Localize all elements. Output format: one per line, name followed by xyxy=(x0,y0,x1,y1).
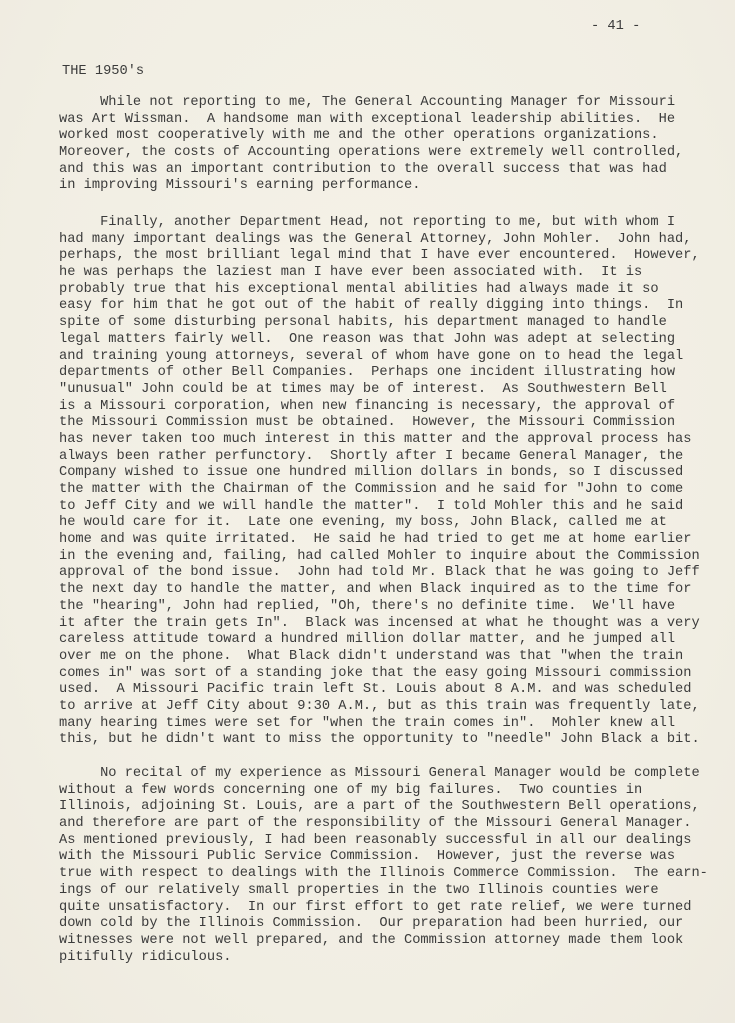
section-title: THE 1950's xyxy=(62,64,144,81)
text-line: in the evening and, failing, had called … xyxy=(59,549,700,566)
text-line: true with respect to dealings with the I… xyxy=(59,866,708,883)
paragraph-general-attorney: Finally, another Department Head, not re… xyxy=(59,215,700,749)
text-line: "unusual" John could be at times may be … xyxy=(59,382,700,399)
page-number: - 41 - xyxy=(591,19,640,36)
text-line: the "hearing", John had replied, "Oh, th… xyxy=(59,599,700,616)
text-line: perhaps, the most brilliant legal mind t… xyxy=(59,248,700,265)
text-line: Company wished to issue one hundred mill… xyxy=(59,465,700,482)
text-line: Moreover, the costs of Accounting operat… xyxy=(59,145,683,162)
text-line: and this was an important contribution t… xyxy=(59,162,683,179)
text-line: As mentioned previously, I had been reas… xyxy=(59,833,708,850)
text-line: home and was quite irritated. He said he… xyxy=(59,532,700,549)
text-line: Finally, another Department Head, not re… xyxy=(59,215,700,232)
text-line: to Jeff City and we will handle the matt… xyxy=(59,499,700,516)
text-line: the matter with the Chairman of the Comm… xyxy=(59,482,700,499)
text-line: probably true that his exceptional menta… xyxy=(59,282,700,299)
text-line: No recital of my experience as Missouri … xyxy=(59,766,708,783)
text-line: always been rather perfunctory. Shortly … xyxy=(59,449,700,466)
document-page: - 41 - THE 1950's While not reporting to… xyxy=(0,0,735,1023)
text-line: Illinois, adjoining St. Louis, are a par… xyxy=(59,799,708,816)
text-line: many hearing times were set for "when th… xyxy=(59,716,700,733)
text-line: and therefore are part of the responsibi… xyxy=(59,816,708,833)
text-line: departments of other Bell Companies. Per… xyxy=(59,365,700,382)
text-line: easy for him that he got out of the habi… xyxy=(59,298,700,315)
text-line: has never taken too much interest in thi… xyxy=(59,432,700,449)
text-line: witnesses were not well prepared, and th… xyxy=(59,933,708,950)
text-line: worked most cooperatively with me and th… xyxy=(59,128,683,145)
text-line: down cold by the Illinois Commission. Ou… xyxy=(59,916,708,933)
text-line: pitifully ridiculous. xyxy=(59,950,708,967)
text-line: legal matters fairly well. One reason wa… xyxy=(59,332,700,349)
text-line: to arrive at Jeff City about 9:30 A.M., … xyxy=(59,699,700,716)
text-line: comes in" was sort of a standing joke th… xyxy=(59,666,700,683)
text-line: he was perhaps the laziest man I have ev… xyxy=(59,265,700,282)
paragraph-illinois-failure: No recital of my experience as Missouri … xyxy=(59,766,708,966)
text-line: quite unsatisfactory. In our first effor… xyxy=(59,900,708,917)
text-line: over me on the phone. What Black didn't … xyxy=(59,649,700,666)
text-line: was Art Wissman. A handsome man with exc… xyxy=(59,112,683,129)
text-line: While not reporting to me, The General A… xyxy=(59,95,683,112)
text-line: used. A Missouri Pacific train left St. … xyxy=(59,682,700,699)
text-line: in improving Missouri's earning performa… xyxy=(59,178,683,195)
text-line: he would care for it. Late one evening, … xyxy=(59,515,700,532)
text-line: without a few words concerning one of my… xyxy=(59,783,708,800)
text-line: is a Missouri corporation, when new fina… xyxy=(59,399,700,416)
text-line: had many important dealings was the Gene… xyxy=(59,232,700,249)
paragraph-accounting-manager: While not reporting to me, The General A… xyxy=(59,95,683,195)
text-line: the Missouri Commission must be obtained… xyxy=(59,415,700,432)
text-line: it after the train gets In". Black was i… xyxy=(59,616,700,633)
text-line: and training young attorneys, several of… xyxy=(59,349,700,366)
text-line: with the Missouri Public Service Commiss… xyxy=(59,849,708,866)
text-line: ings of our relatively small properties … xyxy=(59,883,708,900)
text-line: approval of the bond issue. John had tol… xyxy=(59,565,700,582)
text-line: this, but he didn't want to miss the opp… xyxy=(59,732,700,749)
text-line: spite of some disturbing personal habits… xyxy=(59,315,700,332)
text-line: careless attitude toward a hundred milli… xyxy=(59,632,700,649)
text-line: the next day to handle the matter, and w… xyxy=(59,582,700,599)
